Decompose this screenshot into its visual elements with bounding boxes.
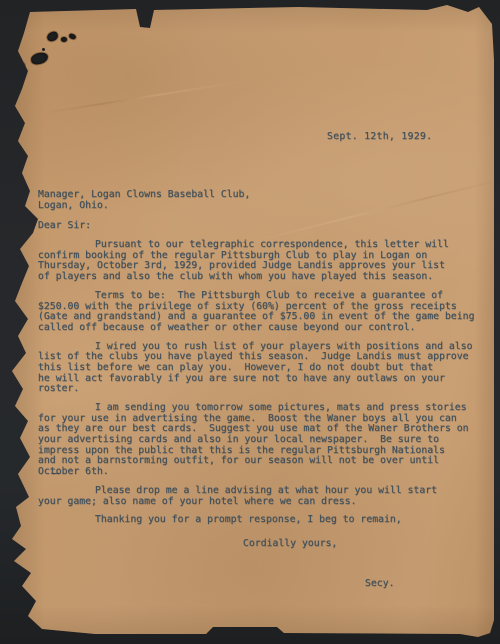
letter-paragraph: I wired you to rush list of your players… bbox=[38, 342, 490, 395]
paper-hole bbox=[68, 33, 76, 40]
letter-line: impress upon the public that this is the… bbox=[38, 446, 490, 457]
recipient-line: Manager, Logan Clowns Baseball Club, bbox=[38, 190, 490, 201]
letter-line: I am sending you tomorrow some pictures,… bbox=[38, 403, 490, 414]
margin-dash-mark: — bbox=[51, 468, 59, 479]
letter-line: Pursuant to our telegraphic corresponden… bbox=[38, 240, 490, 251]
letter-paragraph: Terms to be: The Pittsburgh Club to rece… bbox=[38, 291, 490, 334]
letter-line: $250.00 with the privilege of sixty (60%… bbox=[38, 302, 490, 313]
letter-line: Terms to be: The Pittsburgh Club to rece… bbox=[38, 291, 490, 302]
paper-hole bbox=[16, 61, 25, 69]
letter-line: and not a barnstorming outfit, for our s… bbox=[38, 456, 490, 467]
paper-hole bbox=[61, 37, 67, 42]
letter-line: this list before we can play you. Howeve… bbox=[38, 363, 490, 374]
letter-line: as they are our best cards. Suggest you … bbox=[38, 424, 490, 435]
letter-paragraphs: Pursuant to our telegraphic corresponden… bbox=[38, 240, 490, 526]
letter-paragraph: Please drop me a line advising at what h… bbox=[38, 486, 490, 507]
letter-line: called off because of weather or other c… bbox=[38, 323, 490, 334]
letter-line: I wired you to rush list of your players… bbox=[38, 342, 490, 353]
letter-line: your advertising cards and also in your … bbox=[38, 435, 490, 446]
paper-hole bbox=[42, 48, 45, 51]
letter-date: Sept. 12th, 1929. bbox=[327, 131, 432, 142]
paper-crease bbox=[244, 177, 500, 244]
letter-line: for your use in advertising the game. Bo… bbox=[38, 414, 490, 425]
letter-line: Please drop me a line advising at what h… bbox=[38, 486, 490, 497]
scanned-letter-photo: Sept. 12th, 1929. Manager, Logan Clowns … bbox=[0, 0, 500, 644]
letter-line: October 6th. bbox=[38, 467, 490, 478]
letter-line: your game; also name of your hotel where… bbox=[38, 497, 490, 508]
letter-paragraph: Thanking you for a prompt response, I be… bbox=[38, 515, 490, 526]
closing-line: Cordially yours, bbox=[243, 539, 490, 550]
letter-paper: Sept. 12th, 1929. Manager, Logan Clowns … bbox=[0, 0, 500, 644]
letter-line: (Gate and grandstand) and a guarantee of… bbox=[38, 312, 490, 323]
letter-line: he will act favorably if you are sure no… bbox=[38, 374, 490, 385]
letter-line: confirm booking of the regular Pittsburg… bbox=[38, 251, 490, 262]
letter-line: list of the clubs you have played this s… bbox=[38, 352, 490, 363]
letter-content: Sept. 12th, 1929. Manager, Logan Clowns … bbox=[0, 0, 500, 644]
letter-line: of players and also the club with whom y… bbox=[38, 272, 490, 283]
paper-hole bbox=[30, 52, 49, 66]
recipient-line: Logan, Ohio. bbox=[38, 201, 490, 212]
letter-paragraph: Pursuant to our telegraphic corresponden… bbox=[38, 240, 490, 283]
letter-line: Thursday, October 3rd, 1929, provided Ju… bbox=[38, 261, 490, 272]
letter-line: roster. bbox=[38, 384, 490, 395]
salutation: Dear Sir: bbox=[38, 221, 490, 232]
paper-crease bbox=[41, 80, 249, 115]
paper-hole bbox=[46, 31, 59, 43]
letter-body: Manager, Logan Clowns Baseball Club, Log… bbox=[38, 190, 490, 589]
signature-line: Secy. bbox=[365, 579, 490, 590]
letter-paragraph: I am sending you tomorrow some pictures,… bbox=[38, 403, 490, 478]
letter-line: Thanking you for a prompt response, I be… bbox=[38, 515, 490, 526]
